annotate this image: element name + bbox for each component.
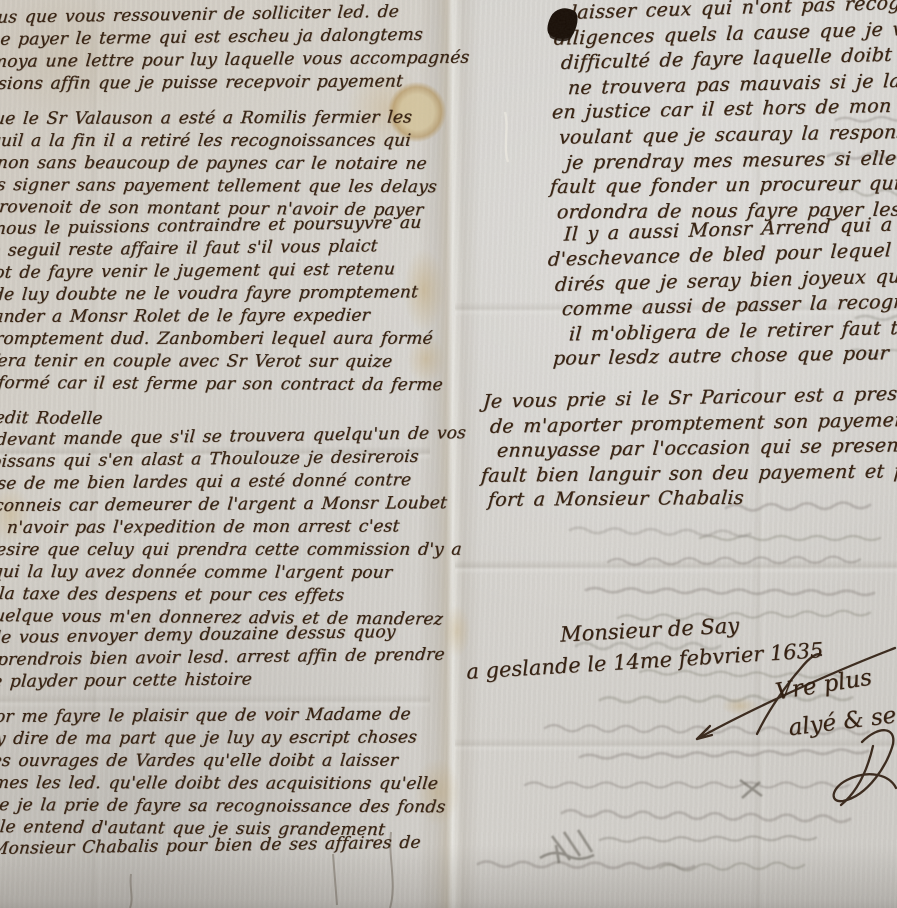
- manuscript-text-line: fault bien languir son deu payement et p: [470, 459, 897, 489]
- manuscript-text-line: que je la prie de fayre sa recognoissanc…: [0, 794, 448, 818]
- manuscript-text-line: fera tenir en couple avec Sr Verot sur q…: [0, 350, 462, 373]
- manuscript-text-line: rot de fayre venir le jugement qui est r…: [0, 258, 457, 284]
- manuscript-text-line: conneis car demeurer de l'argent a Monsr…: [0, 492, 465, 517]
- right-page-text: laisser ceux qui n'ont pas recogneu et a…: [478, 4, 897, 513]
- manuscript-text-line: mander a Monsr Rolet de le fayre expedie…: [0, 304, 448, 328]
- manuscript-text-line: de n'avoir pas l'expedition de mon arres…: [0, 515, 449, 539]
- paragraph: Je vous prie si le Sr Paricour est a pre…: [478, 390, 897, 513]
- manuscript-text-line: desire que celuy qui prendra cette commi…: [0, 539, 456, 561]
- manuscript-text-line: les signer sans payement tellement que l…: [0, 174, 452, 198]
- manuscript-text-line: la taxe des despens et pour ces effets: [0, 583, 470, 607]
- manuscript-text-line: les ouvrages de Vardes qu'elle doibt a l…: [0, 750, 457, 772]
- manuscript-text-line: moya une lettre pour luy laquelle vous a…: [0, 47, 462, 73]
- paragraph: laisser ceux qui n'ont pas recogneu et a…: [478, 4, 897, 373]
- manuscript-text-line: de playder pour cette histoire: [0, 667, 452, 693]
- manuscript-photo: vous que vous ressouvenir de solliciter …: [0, 0, 897, 908]
- manuscript-text-line: non sans beaucoup de paynes car le notai…: [0, 152, 468, 175]
- manuscript-text-line: promptement dud. Zanbomberi lequel aura …: [0, 328, 455, 350]
- manuscript-text-line: de luy doubte ne le voudra fayre prompte…: [0, 281, 464, 306]
- left-page-text: vous que vous ressouvenir de solliciter …: [0, 7, 458, 860]
- paragraph: que le Sr Valauson a esté a Romilis ferm…: [0, 108, 458, 394]
- paragraph: ledit Rodelledevant mande que s'il se tr…: [0, 407, 458, 693]
- manuscript-text-line: fault que fonder un procureur qui: [469, 171, 897, 201]
- paragraph: or me fayre le plaisir que de voir Madam…: [0, 706, 458, 860]
- manuscript-text-line: qui la luy avez donnée comme l'argent po…: [0, 561, 463, 584]
- manuscript-text-line: fort a Monsieur Chabalis: [477, 484, 897, 512]
- manuscript-text-line: ase de me bien lardes qui a esté donné c…: [0, 469, 458, 495]
- manuscript-text-line: sions affin que je puisse recepvoir paye…: [0, 70, 469, 95]
- manuscript-text-line: or me fayre le plaisir que de voir Madam…: [0, 703, 466, 728]
- manuscript-text-line: quil a la fin il a retiré les recognoiss…: [0, 130, 461, 152]
- paragraph: vous que vous ressouvenir de solliciter …: [0, 7, 458, 95]
- manuscript-text-line: formé car il est ferme par son contract …: [0, 372, 469, 396]
- manuscript-text-line: mes les led. qu'elle doibt des acquisiti…: [0, 772, 464, 795]
- manuscript-text-line: luy dire de ma part que je luy ay escrip…: [0, 726, 450, 750]
- manuscript-text-line: que le Sr Valauson a esté a Romilis ferm…: [0, 106, 454, 130]
